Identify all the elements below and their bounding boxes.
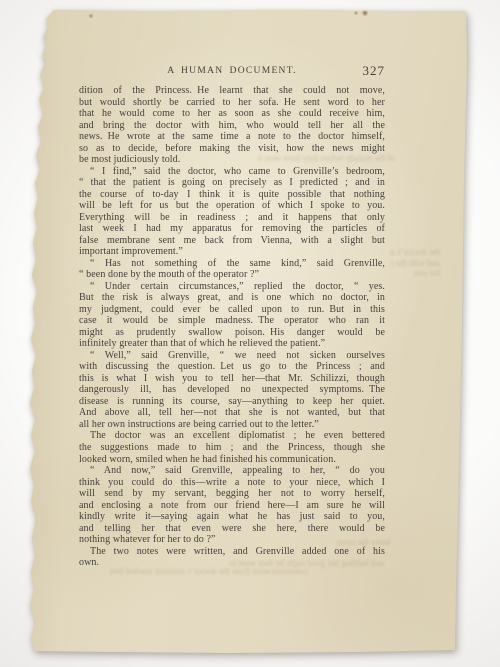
paragraph: “ Has not something of the same kind,” s…: [79, 258, 385, 281]
ghost-text-line: communication from the doctor’s assistan…: [86, 566, 308, 576]
text-line: case it would be simple madness. The ope…: [79, 315, 385, 327]
header-title: A HUMAN DOCUMENT.: [79, 66, 385, 76]
paragraph: “ I find,” said the doctor, who came to …: [79, 166, 385, 258]
text-line: “ Under certain circumstances,” replied …: [79, 281, 385, 293]
text-line: “ Well,” said Grenville, “ we need not s…: [79, 350, 385, 362]
text-line: The doctor was an excellent diplomatist …: [79, 430, 385, 442]
text-line: but would shortly be carried to her sofa…: [79, 97, 385, 109]
ghost-text-line: the doctor’s assistant: [390, 247, 440, 257]
text-line: the suggestions made to him ; and the Pr…: [79, 442, 385, 454]
text-line: And above all, tell her—not that she is …: [79, 407, 385, 419]
paragraph: “ Under certain circumstances,” replied …: [79, 281, 385, 350]
text-line: all her own instructions are being carri…: [79, 419, 385, 431]
text-line: “ I find,” said the doctor, who came to …: [79, 166, 385, 178]
text-line: news. He wrote at the same time a note t…: [79, 131, 385, 143]
text-line: the course of to-day I think it is quite…: [79, 189, 385, 201]
book-page: A HUMAN DOCUMENT. 327 dition of the Prin…: [0, 0, 500, 667]
ghost-text-line: of the malady before they have seen it: [237, 153, 395, 163]
text-line: “ And now,” said Grenville, appealing to…: [79, 465, 385, 477]
text-line: my judgment, could ever be called upon t…: [79, 304, 385, 316]
text-line: this is what I wish you to tell her—that…: [79, 373, 385, 385]
running-header: A HUMAN DOCUMENT. 327: [79, 66, 385, 80]
ghost-text-line: for you: [390, 268, 440, 278]
text-line: might as prudently swallow poison. His d…: [79, 327, 385, 339]
text-line: “ Has not something of the same kind,” s…: [79, 258, 385, 270]
text-line: “ that the patient is going on precisely…: [79, 177, 385, 189]
text-line: dition of the Princess. He learnt that s…: [79, 85, 385, 97]
text-line: false membrane sent me back from Vienna,…: [79, 235, 385, 247]
text-line: looked worn, smiled when he had finished…: [79, 454, 385, 466]
paragraph: “ Well,” said Grenville, “ we need not s…: [79, 350, 385, 431]
paragraph: “ And now,” said Grenville, appealing to…: [79, 465, 385, 546]
text-line: But the risk is always great, and is one…: [79, 292, 385, 304]
text-line: with discussing the question. Let us go …: [79, 361, 385, 373]
scan-background: A HUMAN DOCUMENT. 327 dition of the Prin…: [0, 0, 500, 667]
text-line: Everything will be in readiness ; and it…: [79, 212, 385, 224]
text-line: last week I had my apparatus for removin…: [79, 223, 385, 235]
text-line: “ been done by the mouth of the operator…: [79, 269, 385, 281]
page-shadow: A HUMAN DOCUMENT. 327 dition of the Prin…: [0, 0, 500, 667]
page-number: 327: [363, 63, 386, 79]
text-line: The two notes were written, and Grenvill…: [79, 546, 385, 558]
text-line: dangerously ill, has developed no unexpe…: [79, 384, 385, 396]
text-line: disease is running its course, say—anyth…: [79, 396, 385, 408]
text-line: will be left for us but the operation of…: [79, 200, 385, 212]
ghost-text-line: leave the room: [336, 537, 390, 547]
text-line: important improvement.”: [79, 246, 385, 258]
paragraph: The doctor was an excellent diplomatist …: [79, 430, 385, 465]
text-line: and telling her that even were she here,…: [79, 523, 385, 535]
text-line: and enclosing a note from our friend her…: [79, 500, 385, 512]
text-line: infinitely greater than that of which he…: [79, 338, 385, 350]
text-line: that he would come to her as soon as she…: [79, 108, 385, 120]
text-line: kindly write it—saying again what he has…: [79, 511, 385, 523]
text-line: will send by my servant, begging her not…: [79, 488, 385, 500]
paper-crease: [29, 60, 45, 62]
ghost-text-line: and with the rest: [390, 258, 440, 268]
text-line: and bring the doctor with him, who would…: [79, 120, 385, 132]
text-line: think you could do this—write a note to …: [79, 477, 385, 489]
